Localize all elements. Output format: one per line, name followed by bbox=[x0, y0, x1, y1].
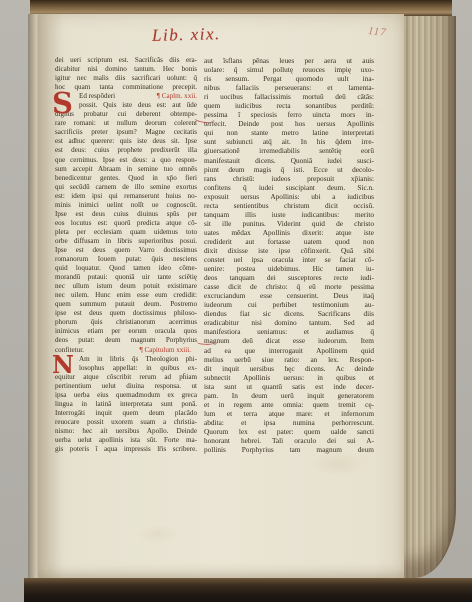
fore-edge-pages bbox=[404, 16, 456, 578]
text-line: Interrogāti inquit quem deum placādo bbox=[55, 409, 197, 418]
text-line: ipse est deus quem doctissimus philoso- bbox=[55, 309, 197, 318]
text-line: casse dicit de christo: q̄ eū morte pess… bbox=[204, 282, 374, 291]
text-line: exposuit uersus Apollinis: ubi a iudicib… bbox=[204, 192, 374, 201]
text-line: orbe diffusam in libris superioribus pos… bbox=[55, 237, 197, 246]
text-line: quem iudicibus recta sonantibus perditū: bbox=[204, 101, 374, 110]
text-line: qui non stante metro latine interpretati bbox=[204, 128, 374, 137]
text-line: ipsa uerba eius quemadmodum ex greca bbox=[55, 391, 197, 400]
text-line: crediderit aut fortasse uatem quod non bbox=[204, 237, 374, 246]
text-line: sit ille punitus. Viderint quid de chris… bbox=[204, 219, 374, 228]
text-line: nismo: hec ait uersibus Apollo. Deinde bbox=[55, 427, 197, 436]
text-line: nec uilem. Hunc enim esse eum credidit: bbox=[55, 291, 197, 300]
text-line: eos locutus est: quorū predicta atque cō… bbox=[55, 219, 197, 228]
chapter23-heading-line: confitetur. ¶ Capitulum xxiii. bbox=[55, 346, 197, 355]
text-line: abdita: et ipsa numina perhorrescunt. bbox=[204, 418, 374, 427]
text-line: losophus appellat: in quibus ex- bbox=[55, 364, 197, 373]
text-line: uerba uelut apollinis ista sūt. Forte ma… bbox=[55, 436, 197, 445]
chapter23-body: equitur atque cōscribit rerum ad ph̄iamp… bbox=[55, 373, 197, 454]
text-line: pertinentium uelut diuina responsa. ut bbox=[55, 382, 197, 391]
text-line: deos tanquam dei susceptores recte iudi- bbox=[204, 273, 374, 282]
text-line: reuocare possit uxorem suam a christia- bbox=[55, 418, 197, 427]
text-line: terfecit. Deinde post hos uersus Apollin… bbox=[204, 119, 374, 128]
text-line: morandū putaui: quoniā uir tante sciētię bbox=[55, 273, 197, 282]
text-line: confitens q̄ iudei suscipiant deum. Sic.… bbox=[204, 183, 374, 192]
text-line: Ipse est deus quem Varro doctissimus bbox=[55, 246, 197, 255]
text-line: honorant hebrei. Tali oraculo dei sui A- bbox=[204, 436, 374, 445]
running-title: Lib. xix. bbox=[152, 24, 221, 46]
text-line: sacrificiis preter ipsum? Magne cecitati… bbox=[55, 128, 197, 137]
text-line: subnectit Apollinis uersus: in quibus et bbox=[204, 373, 374, 382]
text-line: Ipse est deus cuius diuinus spūs per bbox=[55, 210, 197, 219]
text-line: sum accepit Abraam in semine tuo omnēs bbox=[55, 165, 197, 174]
chapter23-block: N Am in libris q̄s Theologion phi- losop… bbox=[55, 355, 197, 455]
chapter22-block: S Ed respōderi ¶ Caplm. xxii. possit. Qu… bbox=[55, 92, 197, 354]
text-line: manifestauit dicens. Quoniā iudei susci- bbox=[204, 156, 374, 165]
text-line: est: idem ipsi qui remanserunt huius no- bbox=[55, 192, 197, 201]
chapter22-opening-words: Ed respōderi bbox=[79, 92, 115, 101]
text-line: recta sentientibus christum dicit occisū… bbox=[204, 201, 374, 210]
text-line: est deus: cuius prophete predixerūt illa bbox=[55, 146, 197, 155]
text-line: qui secūdū carnem de illo semine exortus bbox=[55, 183, 197, 192]
text-line: igitur nec malis diis sacrificari uolunt… bbox=[55, 74, 197, 83]
chapter23-initial: N bbox=[52, 353, 76, 377]
text-line: pollinis Porphyrius tam magnum deum bbox=[204, 445, 374, 454]
text-line: dei ueri scriptum est. Sacrificās diis e… bbox=[55, 56, 197, 65]
text-line: quem summum putauit deum. Postremo bbox=[55, 300, 197, 309]
text-line: gis poteris ī aqua impressis lr̄is scrib… bbox=[55, 445, 197, 454]
text-line: romanorum Iouem putat: q̄uis nesciens bbox=[55, 255, 197, 264]
chapter23-rubric: ¶ Capitulum xxiii. bbox=[140, 346, 198, 355]
text-line: benedicentur gentes. Quod in xp̄o fieri bbox=[55, 174, 197, 183]
text-line: ris sensum. Pergat quomodo uult ina- bbox=[204, 74, 374, 83]
text-line: quid loquatur. Quod tamen ideo cōme- bbox=[55, 264, 197, 273]
text-line: piunt deum magis q̄ isti. Ecce ut decolo… bbox=[204, 165, 374, 174]
text-line: sunt subiuncti atq̄ ait. In his q̄dem ir… bbox=[204, 137, 374, 146]
text-line: hoc quam tanta comminatione precepit. bbox=[55, 83, 197, 92]
text-line: uenire: postea uidebimus. Hic tamen iu- bbox=[204, 264, 374, 273]
chapter22-heading-line: Ed respōderi ¶ Caplm. xxii. bbox=[55, 92, 197, 101]
text-line: Am in libris q̄s Theologion phi- bbox=[55, 355, 197, 364]
text-line: nec ullum istum deum potuit existimare bbox=[55, 282, 197, 291]
text-line: equitur atque cōscribit rerum ad ph̄iam bbox=[55, 373, 197, 382]
text-line: uates mēdax Apollinis dixerit: atque ist… bbox=[204, 228, 374, 237]
text-line: lum et terra atque mare: et infernorum bbox=[204, 409, 374, 418]
chapter22-initial: S bbox=[52, 89, 76, 118]
text-line: est adhuc querere: quis iste deus sit. I… bbox=[55, 137, 197, 146]
text-line: minis inimici uelint nolīt ue cognoscūt. bbox=[55, 201, 197, 210]
folio-number: 117 bbox=[367, 25, 387, 39]
text-line: ri uocibus fallacissimis mortuū deū cātā… bbox=[204, 92, 374, 101]
text-line: tanquam illis iuste iudicantibus: merito bbox=[204, 210, 374, 219]
text-line: nibus fallaciis perseuerans: et lamenta- bbox=[204, 83, 374, 92]
text-line: phorum q̄uis christianorum acerrimus bbox=[55, 318, 197, 327]
text-line: eradicabitur nisi domino tantum. Sed ad bbox=[204, 318, 374, 327]
text-line: rare romani: ut nullum deorum colerent bbox=[55, 119, 197, 128]
text-line: pleta per ecclesiam quam uidemus toto bbox=[55, 228, 197, 237]
text-line: uolare: q̄ simul pollutę reuoces impię u… bbox=[204, 65, 374, 74]
text-line: deos putat: deum magnum Porphyrius bbox=[55, 336, 197, 345]
text-line: et in regem ante omnia: quem tremit cę- bbox=[204, 400, 374, 409]
text-line: ad ea que interrogauit Apollinem quid bbox=[204, 346, 374, 355]
text-line: que cernimus. Ipse est deus: a quo respo… bbox=[55, 156, 197, 165]
paragraph-end-block: dei ueri scriptum est. Sacrificās diis e… bbox=[55, 56, 197, 92]
text-line: pam. In deum uerū inquit generatorem bbox=[204, 391, 374, 400]
right-column-body: aut īsflans pēnas leues per aera ut auis… bbox=[204, 56, 374, 454]
text-column-left: dei ueri scriptum est. Sacrificās diis e… bbox=[55, 56, 197, 454]
chapter22-rubric: ¶ Caplm. xxii. bbox=[157, 92, 197, 101]
text-line: manifestiora ueniamus: et audiamus q̄ bbox=[204, 327, 374, 336]
text-line: possit. Quis iste deus est: aut ūde bbox=[55, 101, 197, 110]
text-line: rans christū: iudeos preposuit xp̄ianis: bbox=[204, 174, 374, 183]
book-bottom-edge bbox=[24, 578, 472, 602]
book-photo: Lib. xix. 117 dei ueri scriptum est. Sac… bbox=[0, 0, 472, 602]
text-line: pessima ī speciosis ferro uincta mors in… bbox=[204, 110, 374, 119]
text-column-right: aut īsflans pēnas leues per aera ut auis… bbox=[204, 56, 374, 454]
text-line: constet uel ipsa oracula inter se faciat… bbox=[204, 255, 374, 264]
text-line: dixit dixisse iste ipse cōfinxerit. Quā … bbox=[204, 246, 374, 255]
text-line: giuersationē irremediabilis sentētię eor… bbox=[204, 146, 374, 155]
text-line: Quorum lex est pater: quem ualde sancti bbox=[204, 427, 374, 436]
text-line: dicabitur nisi domino tantum. Hec bonis bbox=[55, 65, 197, 74]
text-line: inimicus etiam per eorum oracula quos bbox=[55, 327, 197, 336]
text-line: melius uerbū siue ratio: an lex. Respon- bbox=[204, 355, 374, 364]
text-line: dignus probatur cui deberent obtempe- bbox=[55, 110, 197, 119]
text-line: ista sunt ut quantū satis est inde decer… bbox=[204, 382, 374, 391]
text-line: lingua in latinā interpretata sunt ponā. bbox=[55, 400, 197, 409]
text-line: dit inquit uersibus hęc dicens. Ac deind… bbox=[204, 364, 374, 373]
text-line: excruciandum esse censuerint. Deus itaq̄ bbox=[204, 291, 374, 300]
text-line: magnum deū dicat esse iudeorum. Item bbox=[204, 336, 374, 345]
text-line: iudeorum cui perhibet testimonium au- bbox=[204, 300, 374, 309]
text-line: diendus fiat sic dicens. Sacrificans dii… bbox=[204, 309, 374, 318]
chapter22-body: dignus probatur cui deberent obtempe-rar… bbox=[55, 110, 197, 345]
text-line: aut īsflans pēnas leues per aera ut auis bbox=[204, 56, 374, 65]
